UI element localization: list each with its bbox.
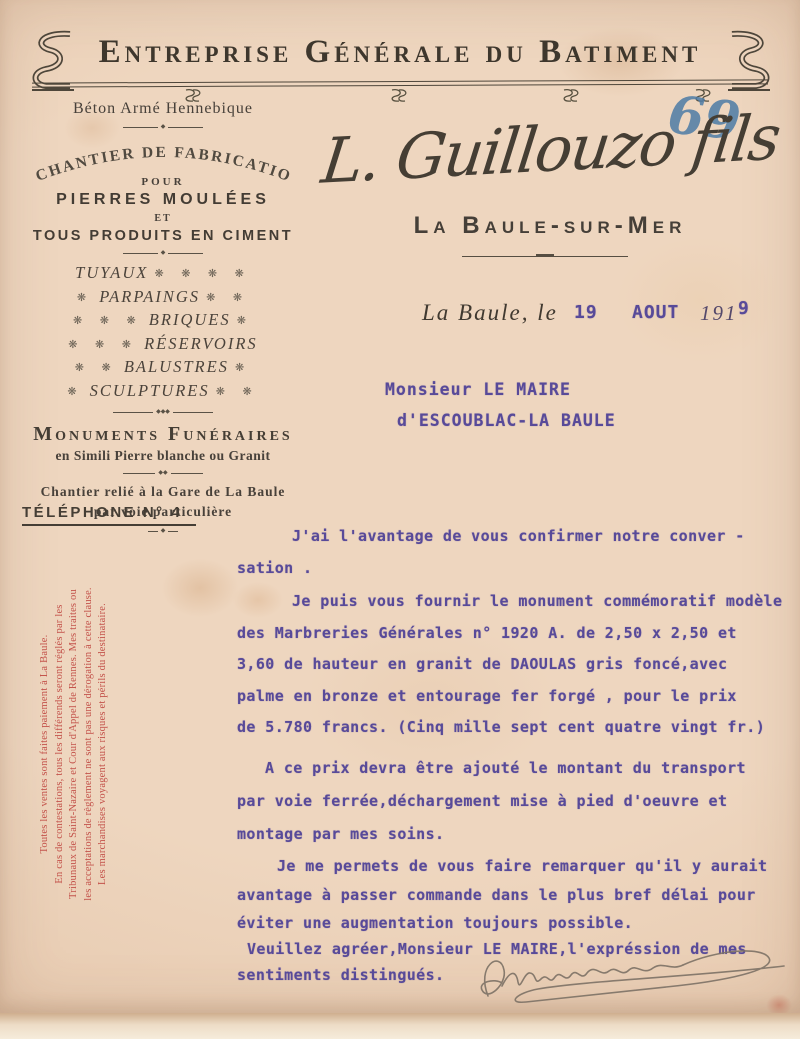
ornament-divider: ◆ — [148, 528, 178, 534]
company-type-title: Entreprise Générale du Batiment — [70, 34, 730, 71]
paragraph: A ce prix devra être ajouté le montant d… — [237, 752, 789, 851]
product-list: TUYAUX ❋ ❋ ❋ ❋ ❋ PARPAINGS ❋ ❋ ❋ ❋ ❋ BRI… — [26, 262, 300, 403]
scroll-ornament-icon — [560, 87, 580, 105]
paragraph: Je me permets de vous faire remarquer qu… — [237, 852, 789, 938]
flower-ornament-icon: ❋ — [235, 361, 251, 374]
product-row: ❋ PARPAINGS ❋ ❋ — [26, 286, 300, 310]
telephone-number: TÉLÉPHONE N° 4 — [22, 504, 196, 526]
diamond-ornament-icon: ◆ — [158, 528, 169, 534]
product-label: TUYAUX — [75, 263, 148, 282]
letter-paper: Entreprise Générale du Batiment Béton Ar… — [0, 0, 800, 1013]
product-row: ❋ ❋ BALUSTRES ❋ — [26, 356, 300, 380]
paragraph: J'ai l'avantage de vous confirmer notre … — [237, 520, 789, 584]
notice-line: Toutes les ventes sont faites paiement à… — [38, 555, 53, 933]
product-row: ❋ SCULPTURES ❋ ❋ — [26, 380, 300, 404]
product-label: RÉSERVOIRS — [144, 334, 258, 353]
flower-ornament-icon: ❋ ❋ — [206, 291, 249, 304]
flower-ornament-icon: ❋ — [237, 314, 253, 327]
city-underline-ornament — [462, 256, 628, 257]
tagline: Béton Armé Hennebique — [26, 100, 300, 118]
sales-conditions-notice: Toutes les ventes sont faites paiement à… — [38, 555, 111, 933]
dateline-year-typed: 9 — [738, 298, 749, 319]
diamond-ornament-icon: ◆◆◆ — [153, 409, 173, 415]
paragraph: Je puis vous fournir le monument commémo… — [237, 586, 789, 744]
company-name-script: L. Guillouzo fils — [318, 99, 800, 198]
dateline-printed: La Baule, le — [422, 300, 558, 326]
et-label: ET — [26, 213, 300, 224]
notice-line: En cas de contestations, tous les différ… — [53, 555, 68, 933]
dateline: La Baule, le 19 AOUT 191 9 — [422, 298, 792, 338]
flower-ornament-icon: ❋ ❋ ❋ — [73, 314, 143, 327]
product-label: BALUSTRES — [124, 357, 229, 376]
dateline-month: AOUT — [632, 302, 679, 323]
product-row: ❋ ❋ ❋ RÉSERVOIRS — [26, 333, 300, 357]
recipient-line1: Monsieur LE MAIRE — [385, 374, 616, 405]
product-row: TUYAUX ❋ ❋ ❋ ❋ — [26, 262, 300, 286]
recipient-block: Monsieur LE MAIRE d'ESCOUBLAC-LA BAULE — [385, 374, 616, 436]
diamond-ornament-icon: ◆ — [158, 124, 169, 130]
monuments-title: Monuments Funéraires — [26, 423, 300, 446]
product-label: BRIQUES — [149, 310, 231, 329]
product-heading-1: PIERRES MOULÉES — [26, 191, 300, 209]
notice-line: Tribunaux de Saint-Nazaire et Cour d'App… — [67, 555, 82, 933]
flower-ornament-icon: ❋ ❋ — [216, 385, 259, 398]
diamond-ornament-icon: ◆◆ — [155, 470, 170, 476]
product-row: ❋ ❋ ❋ BRIQUES ❋ — [26, 309, 300, 333]
ornament-divider: ◆◆ — [123, 470, 203, 476]
letterhead-left-column: Béton Armé Hennebique ◆ CHANTIER DE FABR… — [26, 100, 300, 534]
diamond-ornament-icon: ◆ — [158, 250, 169, 256]
flower-ornament-icon: ❋ — [77, 291, 93, 304]
ornament-divider: ◆◆◆ — [113, 409, 213, 415]
flower-ornament-icon: ❋ ❋ — [75, 361, 118, 374]
scroll-ornament-icon — [388, 87, 408, 105]
signature-guillouzo — [458, 938, 792, 1016]
monuments-subtitle: en Simili Pierre blanche ou Granit — [26, 448, 300, 464]
dateline-year-printed: 191 — [700, 301, 738, 326]
product-label: PARPAINGS — [99, 287, 200, 306]
recipient-line2: d'ESCOUBLAC-LA BAULE — [397, 405, 616, 436]
ornament-divider: ◆ — [123, 250, 203, 256]
dateline-day: 19 — [574, 302, 598, 323]
flower-ornament-icon: ❋ ❋ ❋ ❋ — [154, 267, 250, 280]
ornament-divider: ◆ — [123, 124, 203, 130]
notice-line: Les marchandises voyagent aux risques et… — [96, 555, 111, 933]
company-city: La Baule-sur-Mer — [330, 212, 770, 240]
scan-bottom-edge — [0, 1013, 800, 1039]
product-label: SCULPTURES — [90, 381, 210, 400]
flower-ornament-icon: ❋ ❋ ❋ — [68, 338, 138, 351]
notice-line: les acceptations de règlement ne sont pa… — [82, 555, 97, 933]
flower-ornament-icon: ❋ — [67, 385, 83, 398]
pour-label: POUR — [26, 176, 300, 188]
product-heading-2: TOUS PRODUITS EN CIMENT — [26, 228, 300, 244]
rail-note-line1: Chantier relié à la Gare de La Baule — [26, 482, 300, 502]
